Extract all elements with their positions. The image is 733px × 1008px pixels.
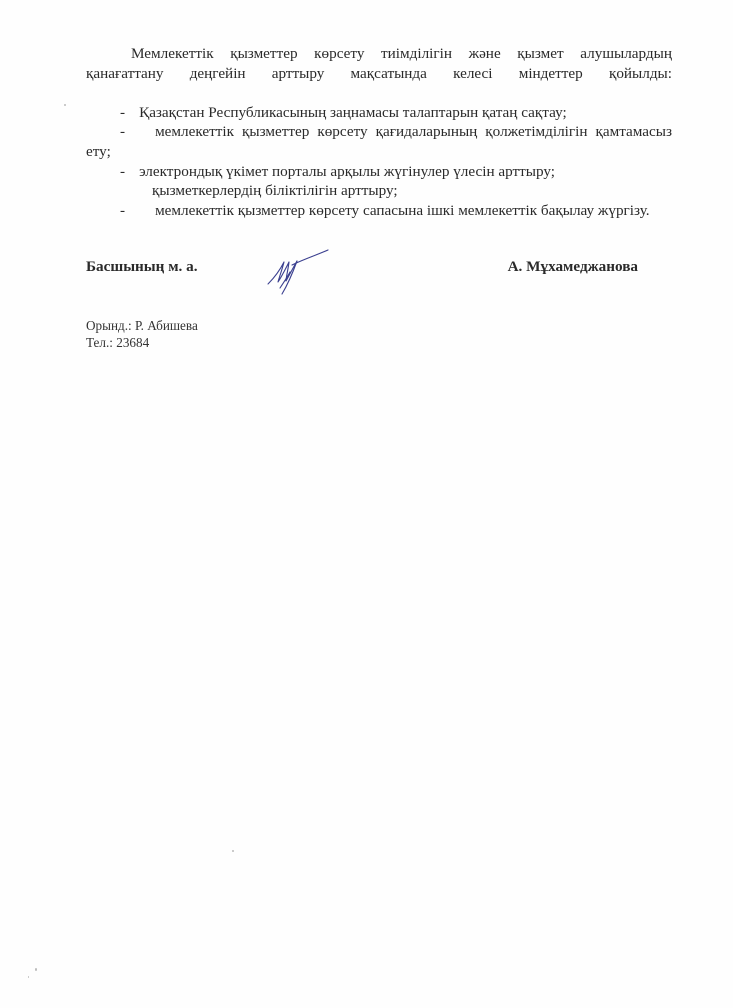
- signatory-title: Басшының м. а.: [86, 258, 198, 276]
- document-page: Мемлекеттік қызметтер көрсету тиімділігі…: [0, 0, 733, 1008]
- handwritten-signature-icon: [262, 248, 330, 296]
- list-dash: -: [120, 163, 125, 180]
- executor-phone: Тел.: 23684: [86, 335, 198, 352]
- list-item: -мемлекеттік қызметтер көрсету қағидалар…: [86, 122, 672, 161]
- signatory-name: А. Мұхамеджанова: [508, 258, 638, 276]
- list-dash: -: [120, 123, 125, 140]
- list-item-text: Қазақстан Республикасының заңнамасы тала…: [139, 104, 567, 121]
- scan-speck: [64, 104, 66, 106]
- list-item-text: мемлекеттік қызметтер көрсету қағидалары…: [86, 123, 672, 160]
- document-body: Мемлекеттік қызметтер көрсету тиімділігі…: [86, 44, 672, 220]
- list-item: -Қазақстан Республикасының заңнамасы тал…: [86, 103, 672, 123]
- scan-speck: [232, 850, 234, 852]
- list-dash: -: [120, 202, 125, 219]
- list-item: -электрондық үкімет порталы арқылы жүгін…: [86, 162, 672, 182]
- list-item: -мемлекеттік қызметтер көрсету сапасына …: [86, 201, 672, 221]
- list-dash: -: [120, 104, 125, 121]
- intro-paragraph: Мемлекеттік қызметтер көрсету тиімділігі…: [86, 44, 672, 103]
- list-item-text: қызметкерлердің біліктілігін арттыру;: [152, 182, 398, 199]
- scan-speck: [35, 968, 37, 971]
- list-item: қызметкерлердің біліктілігін арттыру;: [86, 181, 672, 201]
- signature-row: Басшының м. а. А. Мұхамеджанова: [86, 258, 638, 288]
- list-item-text: электрондық үкімет порталы арқылы жүгіну…: [139, 163, 555, 180]
- executor-info: Орынд.: Р. Абишева Тел.: 23684: [86, 318, 198, 351]
- list-item-text: мемлекеттік қызметтер көрсету сапасына і…: [155, 202, 650, 219]
- executor-name: Орынд.: Р. Абишева: [86, 318, 198, 335]
- scan-speck: [28, 976, 29, 978]
